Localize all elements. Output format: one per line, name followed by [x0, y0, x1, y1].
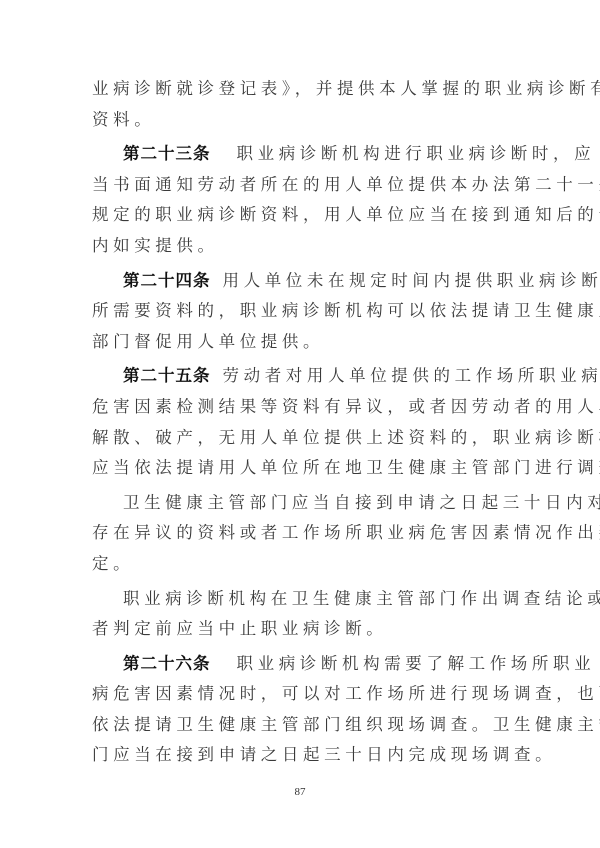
text-line: 卫生健康主管部门应当自接到申请之日起三十日内对 — [92, 488, 510, 519]
article-23: 第二十三条职业病诊断机构进行职业病诊断时，应 当书面通知劳动者所在的用人单位提供… — [92, 139, 510, 261]
text-line: 业病诊断就诊登记表》，并提供本人掌握的职业病诊断有关 — [92, 74, 510, 105]
text-line: 资料。 — [92, 105, 510, 136]
text-line: 规定的职业病诊断资料，用人单位应当在接到通知后的十日 — [92, 200, 510, 231]
paragraph-health-dept-decision: 卫生健康主管部门应当自接到申请之日起三十日内对 存在异议的资料或者工作场所职业病… — [92, 488, 510, 580]
paragraph-suspend-diagnosis: 职业病诊断机构在卫生健康主管部门作出调查结论或 者判定前应当中止职业病诊断。 — [92, 584, 510, 645]
document-body: 业病诊断就诊登记表》，并提供本人掌握的职业病诊断有关 资料。 第二十三条职业病诊… — [92, 74, 510, 771]
text-line: 定。 — [92, 549, 510, 580]
text-line: 依法提请卫生健康主管部门组织现场调查。卫生健康主管部 — [92, 710, 510, 741]
text-line: 存在异议的资料或者工作场所职业病危害因素情况作出判 — [92, 518, 510, 549]
text-line: 应当依法提请用人单位所在地卫生健康主管部门进行调查。 — [92, 453, 510, 484]
article-24: 第二十四条用人单位未在规定时间内提供职业病诊断 所需要资料的，职业病诊断机构可以… — [92, 266, 510, 358]
text-line: 内如实提供。 — [92, 231, 510, 262]
text-line: 职业病诊断机构在卫生健康主管部门作出调查结论或 — [92, 584, 510, 615]
article-first-line: 第二十五条劳动者对用人单位提供的工作场所职业病 — [92, 361, 510, 392]
article-first-line: 第二十三条职业病诊断机构进行职业病诊断时，应 — [92, 139, 510, 170]
document-page: 业病诊断就诊登记表》，并提供本人掌握的职业病诊断有关 资料。 第二十三条职业病诊… — [0, 0, 600, 848]
article-number: 第二十五条 — [123, 366, 211, 385]
article-25: 第二十五条劳动者对用人单位提供的工作场所职业病 危害因素检测结果等资料有异议，或… — [92, 361, 510, 483]
text-line: 劳动者对用人单位提供的工作场所职业病 — [223, 366, 600, 385]
text-line: 职业病诊断机构进行职业病诊断时，应 — [237, 144, 596, 163]
article-first-line: 第二十四条用人单位未在规定时间内提供职业病诊断 — [92, 266, 510, 297]
text-line: 职业病诊断机构需要了解工作场所职业 — [237, 654, 596, 673]
text-line: 当书面通知劳动者所在的用人单位提供本办法第二十一条 — [92, 170, 510, 201]
text-line: 门应当在接到申请之日起三十日内完成现场调查。 — [92, 740, 510, 771]
article-first-line: 第二十六条职业病诊断机构需要了解工作场所职业 — [92, 649, 510, 680]
article-number: 第二十六条 — [123, 654, 211, 673]
text-line: 所需要资料的，职业病诊断机构可以依法提请卫生健康主管 — [92, 296, 510, 327]
text-line: 解散、破产，无用人单位提供上述资料的，职业病诊断机构 — [92, 423, 510, 454]
text-line: 部门督促用人单位提供。 — [92, 327, 510, 358]
article-26: 第二十六条职业病诊断机构需要了解工作场所职业 病危害因素情况时，可以对工作场所进… — [92, 649, 510, 771]
text-line: 病危害因素情况时，可以对工作场所进行现场调查，也可以 — [92, 679, 510, 710]
paragraph-continuation: 业病诊断就诊登记表》，并提供本人掌握的职业病诊断有关 资料。 — [92, 74, 510, 135]
text-line: 危害因素检测结果等资料有异议，或者因劳动者的用人单位 — [92, 392, 510, 423]
text-line: 用人单位未在规定时间内提供职业病诊断 — [223, 271, 600, 290]
article-number: 第二十三条 — [123, 144, 211, 163]
text-line: 者判定前应当中止职业病诊断。 — [92, 614, 510, 645]
page-number: 87 — [0, 786, 600, 798]
article-number: 第二十四条 — [123, 271, 211, 290]
